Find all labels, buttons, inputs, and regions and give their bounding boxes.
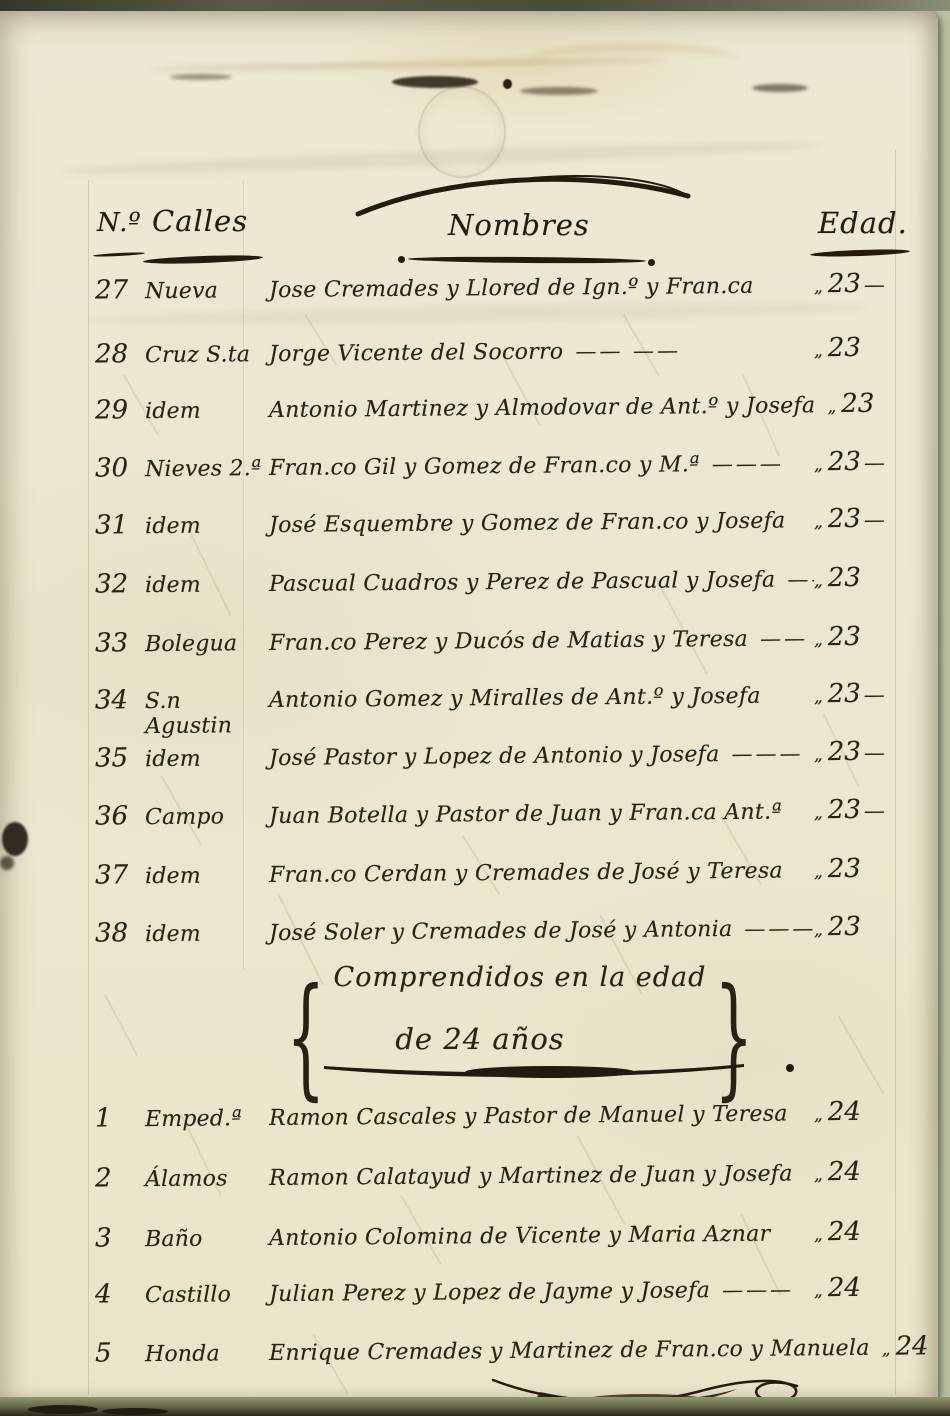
- column-rule: [88, 180, 89, 1395]
- age-value: 23: [828, 912, 861, 942]
- filler-dashes: ——: [748, 626, 814, 651]
- age-tail-dash: —: [864, 273, 885, 297]
- age-cell: „23: [814, 911, 910, 942]
- person-name: José Soler y Cremades de José y Antonia: [269, 917, 733, 946]
- street-name: idem: [145, 921, 269, 947]
- street-name: Baño: [145, 1226, 269, 1252]
- person-name: Ramon Cascales y Pastor de Manuel y Tere…: [269, 1102, 788, 1132]
- age-cell: „24: [814, 1096, 910, 1127]
- register-row: 32 idem Pascual Cuadros y Perez de Pascu…: [95, 562, 910, 599]
- row-number: 4: [95, 1279, 145, 1309]
- person-name: José Pastor y Lopez de Antonio y Josefa: [269, 742, 720, 771]
- filler-dashes: ———: [710, 1277, 814, 1302]
- person-name: Pascual Cuadros y Perez de Pascual y Jos…: [269, 568, 776, 597]
- scanned-register-page: N.º Calles Nombres Edad. 27 Nueva Jose C…: [0, 0, 950, 1416]
- ditto-mark: „: [814, 571, 823, 591]
- row-number: 37: [95, 860, 145, 890]
- age-cell: „23: [814, 621, 910, 652]
- row-number: 5: [95, 1338, 145, 1368]
- age-value: 23: [828, 333, 861, 363]
- ditto-mark: „: [814, 455, 823, 475]
- row-number: 31: [95, 510, 145, 540]
- street-name: idem: [145, 863, 269, 889]
- age-value: 23: [828, 269, 861, 299]
- bottom-edge-blot: [102, 1408, 168, 1415]
- ditto-mark: „: [814, 745, 823, 765]
- brace-right: }: [714, 962, 753, 1115]
- age-cell: „23—: [814, 268, 910, 299]
- row-number: 3: [95, 1223, 145, 1253]
- column-header-calles: Calles: [152, 204, 248, 238]
- age-value: 23: [828, 563, 861, 593]
- row-number: 1: [95, 1103, 145, 1133]
- age-cell: „24: [814, 1156, 910, 1187]
- filler-dashes: ———: [700, 451, 814, 476]
- age-cell: „23: [827, 388, 923, 419]
- row-number: 38: [95, 918, 145, 948]
- age-tail-dash: —: [864, 508, 885, 532]
- person-name: Antonio Colomina de Vicente y Maria Azna…: [269, 1222, 771, 1251]
- register-row: 31 idem José Esquembre y Gomez de Fran.c…: [95, 503, 910, 540]
- person-name: Jose Cremades y Llored de Ign.º y Fran.c…: [269, 274, 754, 303]
- age-value: 23: [828, 737, 861, 767]
- age-tail-dash: —: [864, 451, 885, 475]
- age-value: 23: [841, 389, 874, 419]
- register-row: 37 idem Fran.co Cerdan y Cremades de Jos…: [95, 853, 910, 890]
- ditto-mark: „: [827, 397, 836, 417]
- person-name: Fran.co Perez y Ducós de Matias y Teresa: [269, 627, 748, 656]
- section-heading-line2: de 24 años: [320, 1022, 640, 1056]
- register-row: 33 Bolegua Fran.co Perez y Ducós de Mati…: [95, 621, 910, 658]
- register-row: 1 Emped.ª Ramon Cascales y Pastor de Man…: [95, 1096, 910, 1133]
- row-number: 32: [95, 569, 145, 599]
- age-cell: „23: [814, 332, 910, 363]
- flourish-dot: [398, 256, 405, 263]
- register-row: 27 Nueva Jose Cremades y Llored de Ign.º…: [95, 268, 910, 305]
- age-value: 24: [895, 1331, 928, 1361]
- row-number: 27: [95, 275, 145, 305]
- ditto-mark: „: [814, 341, 823, 361]
- ink-blot: [0, 856, 14, 870]
- register-row: 29 idem Antonio Martinez y Almodovar de …: [95, 388, 910, 425]
- street-name: Bolegua: [145, 631, 269, 657]
- row-number: 35: [95, 743, 145, 773]
- register-row: 34 S.n Agustin Antonio Gomez y Miralles …: [95, 678, 910, 739]
- register-row: 38 idem José Soler y Cremades de José y …: [95, 911, 910, 948]
- person-name: Juan Botella y Pastor de Juan y Fran.ca …: [269, 800, 782, 829]
- column-header-edad: Edad.: [818, 206, 908, 240]
- age-cell: „23—: [814, 678, 910, 709]
- age-value: 24: [828, 1097, 861, 1127]
- register-row: 2 Álamos Ramon Calatayud y Martinez de J…: [95, 1156, 910, 1193]
- row-number: 30: [95, 453, 145, 483]
- ditto-mark: „: [814, 687, 823, 707]
- person-name: Antonio Martinez y Almodovar de Ant.º y …: [269, 393, 816, 423]
- flourish-dot: [648, 259, 655, 266]
- header-underline: [143, 254, 263, 265]
- column-header-no: N.º: [97, 208, 142, 238]
- age-cell: „23—: [814, 503, 910, 534]
- ink-smudge: [170, 74, 232, 80]
- street-name: S.n Agustin: [145, 688, 269, 739]
- person-name: Fran.co Gil y Gomez de Fran.co y M.ª: [269, 452, 700, 481]
- scanner-top-edge: [0, 0, 950, 11]
- header-underline: [93, 252, 145, 258]
- person-name: Fran.co Cerdan y Cremades de José y Tere…: [269, 859, 783, 888]
- street-name: idem: [145, 746, 269, 772]
- street-name: idem: [145, 398, 269, 424]
- bleed-stroke: [104, 994, 139, 1057]
- filler-dashes: ———: [732, 916, 814, 941]
- ditto-mark: „: [814, 1281, 823, 1301]
- age-value: 24: [828, 1157, 861, 1187]
- register-row: 35 idem José Pastor y Lopez de Antonio y…: [95, 736, 910, 773]
- street-name: Emped.ª: [145, 1106, 269, 1132]
- manuscript-page: N.º Calles Nombres Edad. 27 Nueva Jose C…: [0, 10, 938, 1402]
- street-name: Cruz S.ta: [145, 342, 269, 368]
- age-cell: „23: [814, 853, 910, 884]
- row-number: 29: [95, 395, 145, 425]
- bottom-edge-blot: [28, 1405, 98, 1414]
- person-name: Jorge Vicente del Socorro: [269, 339, 564, 367]
- nombres-over-flourish: [352, 172, 692, 218]
- street-name: Nieves 2.ª: [145, 456, 269, 482]
- ditto-mark: „: [814, 862, 823, 882]
- age-cell: „24: [882, 1331, 950, 1362]
- ditto-mark: „: [814, 1105, 823, 1125]
- person-name: José Esquembre y Gomez de Fran.co y Jose…: [269, 509, 786, 539]
- street-name: Honda: [145, 1341, 269, 1367]
- street-name: idem: [145, 572, 269, 598]
- filler-dashes: —— ——: [563, 337, 814, 363]
- register-row: 30 Nieves 2.ª Fran.co Gil y Gomez de Fra…: [95, 446, 910, 483]
- row-number: 28: [95, 339, 145, 369]
- age-cell: „23: [814, 562, 910, 593]
- row-number: 34: [95, 685, 145, 715]
- ink-blot: [2, 822, 28, 856]
- ditto-mark: „: [814, 512, 823, 532]
- ditto-mark: „: [814, 920, 823, 940]
- street-name: idem: [145, 513, 269, 539]
- age-tail-dash: —: [864, 799, 885, 823]
- filler-dashes: ———: [719, 741, 814, 766]
- age-cell: „23—: [814, 446, 910, 477]
- filler-dashes: ——: [775, 567, 814, 591]
- age-value: 23: [828, 795, 861, 825]
- register-row: 28 Cruz S.ta Jorge Vicente del Socorro —…: [95, 332, 910, 369]
- ink-smudge: [503, 79, 512, 89]
- ditto-mark: „: [814, 630, 823, 650]
- filler-dashes: [754, 292, 814, 293]
- person-name: Ramon Calatayud y Martinez de Juan y Jos…: [269, 1161, 793, 1191]
- age-cell: „23—: [814, 736, 910, 767]
- age-cell: „23—: [814, 794, 910, 825]
- age-value: 24: [828, 1273, 861, 1303]
- section-heading-underline: [320, 1058, 750, 1080]
- ditto-mark: „: [814, 1165, 823, 1185]
- row-number: 33: [95, 628, 145, 658]
- age-value: 23: [828, 854, 861, 884]
- bleed-stroke: [530, 44, 740, 77]
- ink-smudge: [752, 84, 808, 92]
- section-heading-line1: Comprendidos en la edad: [320, 962, 720, 993]
- street-name: Álamos: [145, 1166, 269, 1192]
- register-row: 36 Campo Juan Botella y Pastor de Juan y…: [95, 794, 910, 831]
- age-value: 23: [828, 622, 861, 652]
- age-value: 23: [828, 679, 861, 709]
- ink-smudge: [520, 87, 598, 95]
- age-value: 23: [828, 447, 861, 477]
- age-tail-dash: —: [864, 741, 885, 765]
- age-cell: „24: [814, 1272, 910, 1303]
- person-name: Antonio Gomez y Miralles de Ant.º y Jose…: [269, 684, 761, 713]
- row-number: 2: [95, 1163, 145, 1193]
- ditto-mark: „: [882, 1340, 891, 1360]
- register-row: 4 Castillo Julian Perez y Lopez de Jayme…: [95, 1272, 910, 1309]
- age-value: 23: [828, 504, 861, 534]
- ink-smudge: [392, 76, 478, 88]
- street-name: Nueva: [145, 278, 269, 304]
- register-row: 3 Baño Antonio Colomina de Vicente y Mar…: [95, 1216, 910, 1253]
- header-underline: [408, 256, 646, 264]
- street-name: Campo: [145, 804, 269, 830]
- row-number: 36: [95, 801, 145, 831]
- person-name: Julian Perez y Lopez de Jayme y Josefa: [269, 1278, 710, 1307]
- bleed-stroke: [838, 1016, 885, 1095]
- ditto-mark: „: [814, 277, 823, 297]
- age-cell: „24: [814, 1216, 910, 1247]
- ditto-mark: „: [814, 803, 823, 823]
- age-tail-dash: —: [864, 683, 885, 707]
- ditto-mark: „: [814, 1225, 823, 1245]
- age-value: 24: [828, 1217, 861, 1247]
- street-name: Castillo: [145, 1282, 269, 1308]
